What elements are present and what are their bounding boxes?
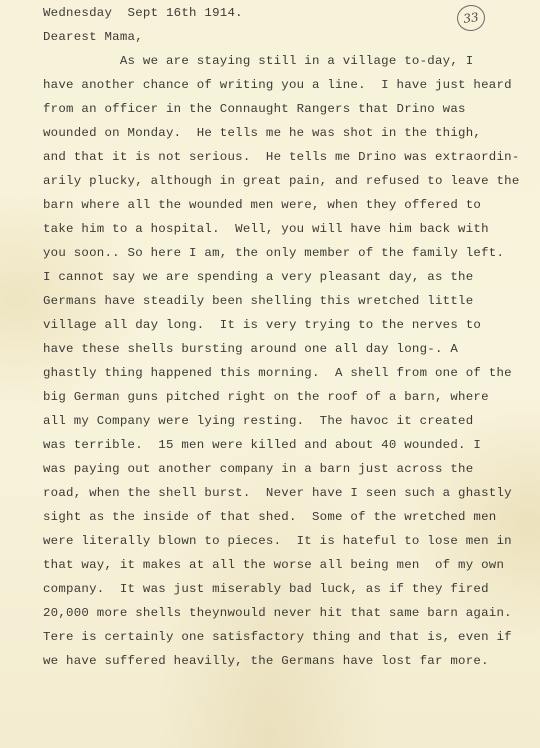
- body-line: Tere is certainly one satisfactory thing…: [43, 630, 512, 644]
- body-line: barn where all the wounded men were, whe…: [43, 198, 481, 212]
- body-line: were literally blown to pieces. It is ha…: [43, 534, 512, 548]
- body-line: was paying out another company in a barn…: [43, 462, 473, 476]
- body-line: Germans have steadily been shelling this…: [43, 294, 473, 308]
- body-line: from an officer in the Connaught Rangers…: [43, 102, 466, 116]
- letter-page: 33 Wednesday Sept 16th 1914. Dearest Mam…: [0, 0, 540, 748]
- date-line: Wednesday Sept 16th 1914.: [43, 6, 243, 20]
- body-line: big German guns pitched right on the roo…: [43, 390, 489, 404]
- body-line: was terrible. 15 men were killed and abo…: [43, 438, 481, 452]
- body-line: arily plucky, although in great pain, an…: [43, 174, 520, 188]
- body-line: and that it is not serious. He tells me …: [43, 150, 520, 164]
- body-line: road, when the shell burst. Never have I…: [43, 486, 512, 500]
- body-line: wounded on Monday. He tells me he was sh…: [43, 126, 481, 140]
- body-line: village all day long. It is very trying …: [43, 318, 481, 332]
- salutation: Dearest Mama,: [43, 30, 143, 44]
- body-line: we have suffered heavilly, the Germans h…: [43, 654, 489, 668]
- body-line: all my Company were lying resting. The h…: [43, 414, 473, 428]
- body-line: have these shells bursting around one al…: [43, 342, 458, 356]
- body-line: I cannot say we are spending a very plea…: [43, 270, 473, 284]
- body-line: that way, it makes at all the worse all …: [43, 558, 504, 572]
- body-line: sight as the inside of that shed. Some o…: [43, 510, 496, 524]
- page-number: 33: [455, 3, 486, 33]
- body-line: have another chance of writing you a lin…: [43, 78, 512, 92]
- body-line: company. It was just miserably bad luck,…: [43, 582, 489, 596]
- body-line: 20,000 more shells theynwould never hit …: [43, 606, 512, 620]
- body-line: ghastly thing happened this morning. A s…: [43, 366, 512, 380]
- body-line: take him to a hospital. Well, you will h…: [43, 222, 489, 236]
- body-line: As we are staying still in a village to-…: [43, 54, 473, 68]
- body-line: you soon.. So here I am, the only member…: [43, 246, 504, 260]
